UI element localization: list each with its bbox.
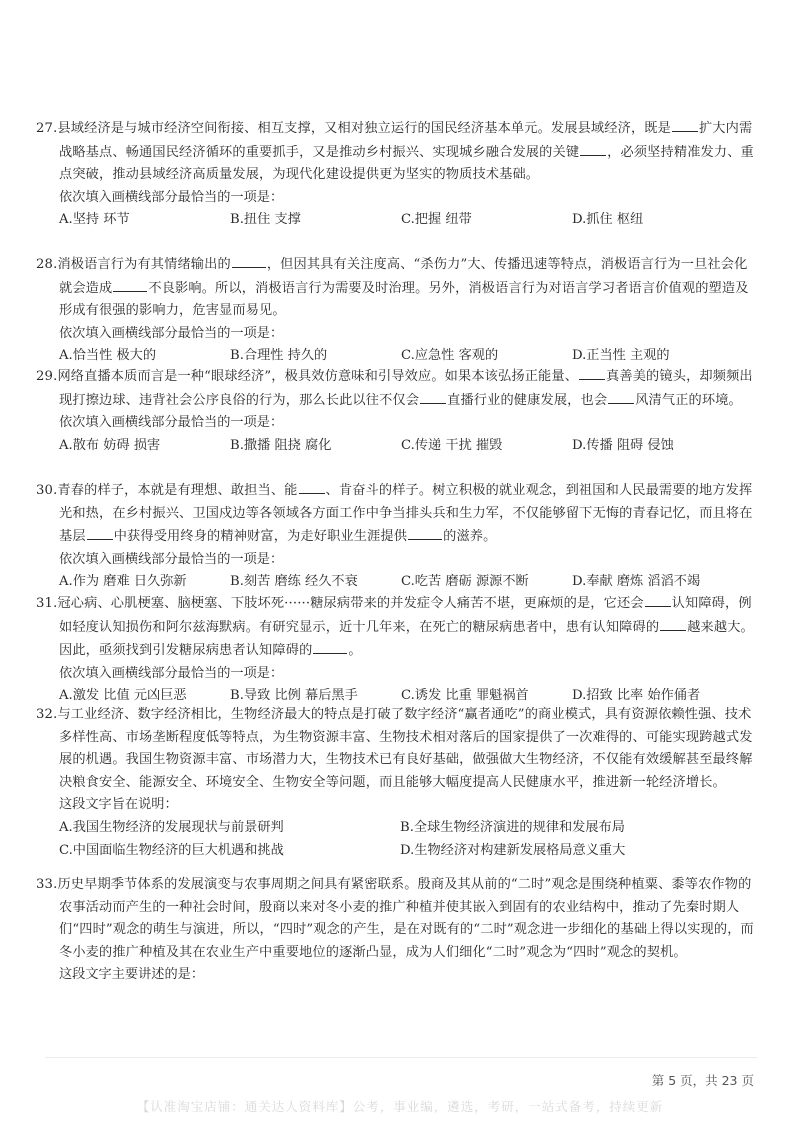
option-c[interactable]: C.把握 纽带	[401, 209, 572, 232]
fill-blank	[408, 525, 442, 540]
question-28: 28.消极语言行为有其情绪输出的，但因其具有关注度高、“杀伤力”大、传播迅速等特…	[36, 253, 756, 368]
question-prompt: 依次填入画横线部分最恰当的一项是：	[36, 663, 756, 686]
question-32: 32.与工业经济、数字经济相比，生物经济最大的特点是打破了数字经济“赢者通吃”的…	[36, 704, 756, 862]
watermark-text: 【认准淘宝店铺：通关达人资料库】公考，事业编，遴选，考研，一站式备考，持续更新	[0, 1097, 800, 1115]
option-a[interactable]: A.我国生物经济的发展现状与前景研判	[59, 817, 400, 840]
question-prompt: 依次填入画横线部分最恰当的一项是：	[36, 187, 756, 210]
question-stem: 29.网络直播本质而言是一种“眼球经济”，极具效仿意味和引导效应。如果本该弘扬正…	[36, 365, 756, 412]
question-stem: 31.冠心病、心肌梗塞、脑梗塞、下肢坏死······糖尿病带来的并发症令人痛苦不…	[36, 592, 756, 663]
question-number: 29.	[36, 369, 57, 384]
question-29: 29.网络直播本质而言是一种“眼球经济”，极具效仿意味和引导效应。如果本该弘扬正…	[36, 365, 756, 457]
question-prompt: 依次填入画横线部分最恰当的一项是：	[36, 323, 756, 346]
question-stem: 32.与工业经济、数字经济相比，生物经济最大的特点是打破了数字经济“赢者通吃”的…	[36, 704, 756, 794]
question-stem: 28.消极语言行为有其情绪输出的，但因其具有关注度高、“杀伤力”大、传播迅速等特…	[36, 253, 756, 323]
fill-blank	[645, 592, 671, 607]
option-b[interactable]: B.扭住 支撑	[230, 209, 401, 232]
question-31: 31.冠心病、心肌梗塞、脑梗塞、下肢坏死······糖尿病带来的并发症令人痛苦不…	[36, 592, 756, 708]
question-prompt: 这段文字主要讲述的是：	[36, 964, 756, 987]
question-prompt: 依次填入画横线部分最恰当的一项是：	[36, 549, 756, 572]
question-number: 27.	[36, 121, 57, 136]
answer-options: A.作为 磨难 日久弥新 B.刻苦 磨练 经久不衰 C.吃苦 磨砺 源源不断 D…	[36, 571, 756, 594]
question-number: 33.	[36, 877, 57, 892]
question-prompt: 这段文字旨在说明：	[36, 794, 756, 817]
question-number: 30.	[36, 483, 57, 498]
option-a[interactable]: A.作为 磨难 日久弥新	[59, 571, 230, 594]
fill-blank	[672, 117, 698, 132]
option-d[interactable]: D.奉献 磨炼 滔滔不竭	[572, 571, 743, 594]
option-d[interactable]: D.生物经济对构建新发展格局意义重大	[400, 840, 741, 863]
question-number: 31.	[36, 596, 57, 611]
option-b[interactable]: B.刻苦 磨练 经久不衰	[230, 571, 401, 594]
fill-blank	[113, 277, 147, 292]
fill-blank	[313, 639, 347, 654]
question-number: 28.	[36, 257, 57, 272]
fill-blank	[87, 525, 113, 540]
fill-blank	[660, 616, 686, 631]
answer-options: A.坚持 环节 B.扭住 支撑 C.把握 纽带 D.抓住 枢纽	[36, 209, 756, 232]
fill-blank	[579, 365, 605, 380]
answer-options: A.散布 妨碍 损害 B.撒播 阻挠 腐化 C.传递 干扰 摧毁 D.传播 阻碍…	[36, 435, 756, 458]
option-a[interactable]: A.坚持 环节	[59, 209, 230, 232]
fill-blank	[608, 389, 634, 404]
option-c[interactable]: C.中国面临生物经济的巨大机遇和挑战	[59, 840, 400, 863]
option-d[interactable]: D.抓住 枢纽	[572, 209, 743, 232]
option-d[interactable]: D.传播 阻碍 侵蚀	[572, 435, 743, 458]
question-33: 33.历史早期季节体系的发展演变与农事周期之间具有紧密联系。殷商及其从前的“二时…	[36, 874, 756, 987]
exam-page: 27.县域经济是与城市经济空间衔接、相互支撑，又相对独立运行的国民经济基本单元。…	[0, 0, 800, 1132]
page-indicator: 第 5 页，共 23 页	[652, 1071, 754, 1089]
option-b[interactable]: B.撒播 阻挠 腐化	[230, 435, 401, 458]
answer-options: A.我国生物经济的发展现状与前景研判 B.全球生物经济演进的规律和发展布局 C.…	[36, 817, 756, 862]
fill-blank	[580, 141, 606, 156]
fill-blank	[299, 479, 325, 494]
option-c[interactable]: C.传递 干扰 摧毁	[401, 435, 572, 458]
question-27: 27.县域经济是与城市经济空间衔接、相互支撑，又相对独立运行的国民经济基本单元。…	[36, 117, 756, 232]
fill-blank	[232, 253, 266, 268]
fill-blank	[420, 389, 446, 404]
question-number: 32.	[36, 707, 57, 722]
question-prompt: 依次填入画横线部分最恰当的一项是：	[36, 412, 756, 435]
question-stem: 27.县域经济是与城市经济空间衔接、相互支撑，又相对独立运行的国民经济基本单元。…	[36, 117, 756, 187]
option-b[interactable]: B.全球生物经济演进的规律和发展布局	[400, 817, 741, 840]
option-a[interactable]: A.散布 妨碍 损害	[59, 435, 230, 458]
option-c[interactable]: C.吃苦 磨砺 源源不断	[401, 571, 572, 594]
question-30: 30.青春的样子，本就是有理想、敢担当、能、肯奋斗的样子。树立积极的就业观念，到…	[36, 479, 756, 594]
question-stem: 30.青春的样子，本就是有理想、敢担当、能、肯奋斗的样子。树立积极的就业观念，到…	[36, 479, 756, 549]
footer-divider	[45, 1057, 757, 1058]
question-stem: 33.历史早期季节体系的发展演变与农事周期之间具有紧密联系。殷商及其从前的“二时…	[36, 874, 756, 964]
